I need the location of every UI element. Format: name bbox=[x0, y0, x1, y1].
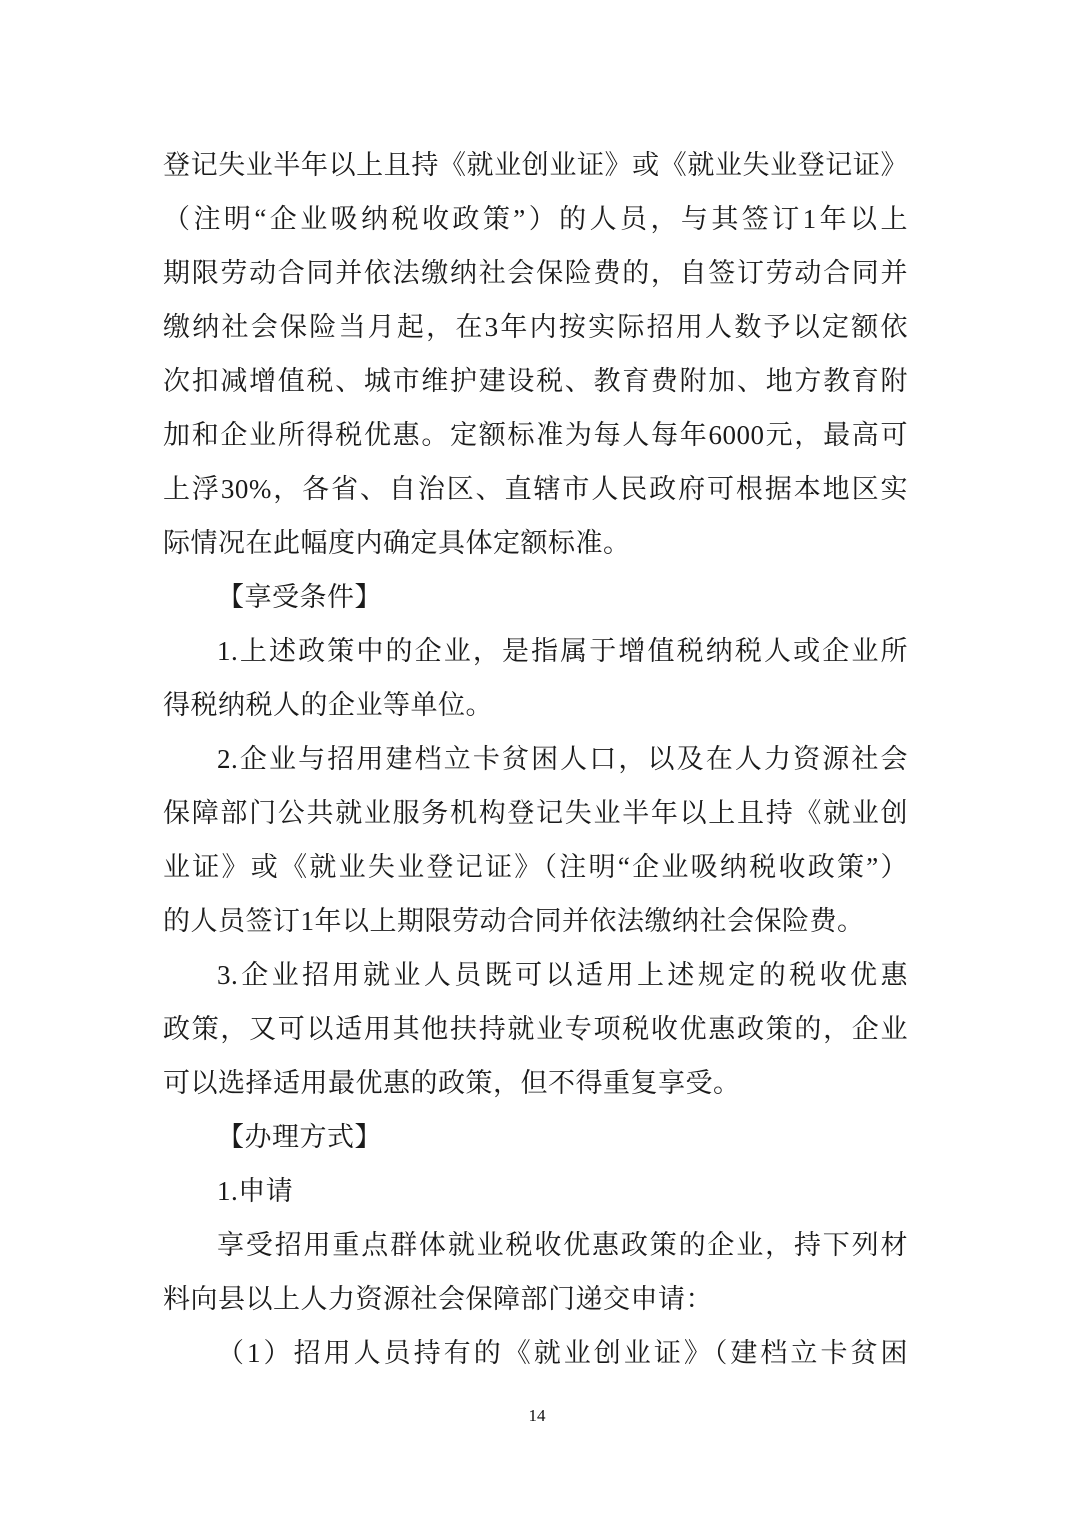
text-line: 的人员签订1年以上期限劳动合同并依法缴纳社会保险费。 bbox=[163, 894, 908, 948]
text-line: 保障部门公共就业服务机构登记失业半年以上且持《就业创 bbox=[163, 786, 908, 840]
text-line: 业证》或《就业失业登记证》（注明“企业吸纳税收政策”） bbox=[163, 840, 908, 894]
text-line: 【办理方式】 bbox=[163, 1110, 908, 1164]
document-body: 登记失业半年以上且持《就业创业证》或《就业失业登记证》（注明“企业吸纳税收政策”… bbox=[163, 138, 908, 1380]
text-line: 期限劳动合同并依法缴纳社会保险费的，自签订劳动合同并 bbox=[163, 246, 908, 300]
text-line: 得税纳税人的企业等单位。 bbox=[163, 678, 908, 732]
text-line: 享受招用重点群体就业税收优惠政策的企业，持下列材 bbox=[163, 1218, 908, 1272]
text-line: 1.上述政策中的企业，是指属于增值税纳税人或企业所 bbox=[163, 624, 908, 678]
text-line: 可以选择适用最优惠的政策，但不得重复享受。 bbox=[163, 1056, 908, 1110]
document-page: 登记失业半年以上且持《就业创业证》或《就业失业登记证》（注明“企业吸纳税收政策”… bbox=[0, 0, 1074, 1520]
text-line: 次扣减增值税、城市维护建设税、教育费附加、地方教育附 bbox=[163, 354, 908, 408]
page-number: 14 bbox=[0, 1402, 1074, 1430]
text-line: （注明“企业吸纳税收政策”）的人员，与其签订1年以上 bbox=[163, 192, 908, 246]
text-line: 政策，又可以适用其他扶持就业专项税收优惠政策的，企业 bbox=[163, 1002, 908, 1056]
text-line: 登记失业半年以上且持《就业创业证》或《就业失业登记证》 bbox=[163, 138, 908, 192]
text-line: 料向县以上人力资源社会保障部门递交申请： bbox=[163, 1272, 908, 1326]
text-line: 【享受条件】 bbox=[163, 570, 908, 624]
text-line: 2.企业与招用建档立卡贫困人口，以及在人力资源社会 bbox=[163, 732, 908, 786]
text-line: （1）招用人员持有的《就业创业证》（建档立卡贫困 bbox=[163, 1326, 908, 1380]
text-line: 际情况在此幅度内确定具体定额标准。 bbox=[163, 516, 908, 570]
text-line: 加和企业所得税优惠。定额标准为每人每年6000元，最高可 bbox=[163, 408, 908, 462]
text-line: 1.申请 bbox=[163, 1164, 908, 1218]
text-line: 缴纳社会保险当月起，在3年内按实际招用人数予以定额依 bbox=[163, 300, 908, 354]
text-line: 3.企业招用就业人员既可以适用上述规定的税收优惠 bbox=[163, 948, 908, 1002]
text-line: 上浮30%，各省、自治区、直辖市人民政府可根据本地区实 bbox=[163, 462, 908, 516]
